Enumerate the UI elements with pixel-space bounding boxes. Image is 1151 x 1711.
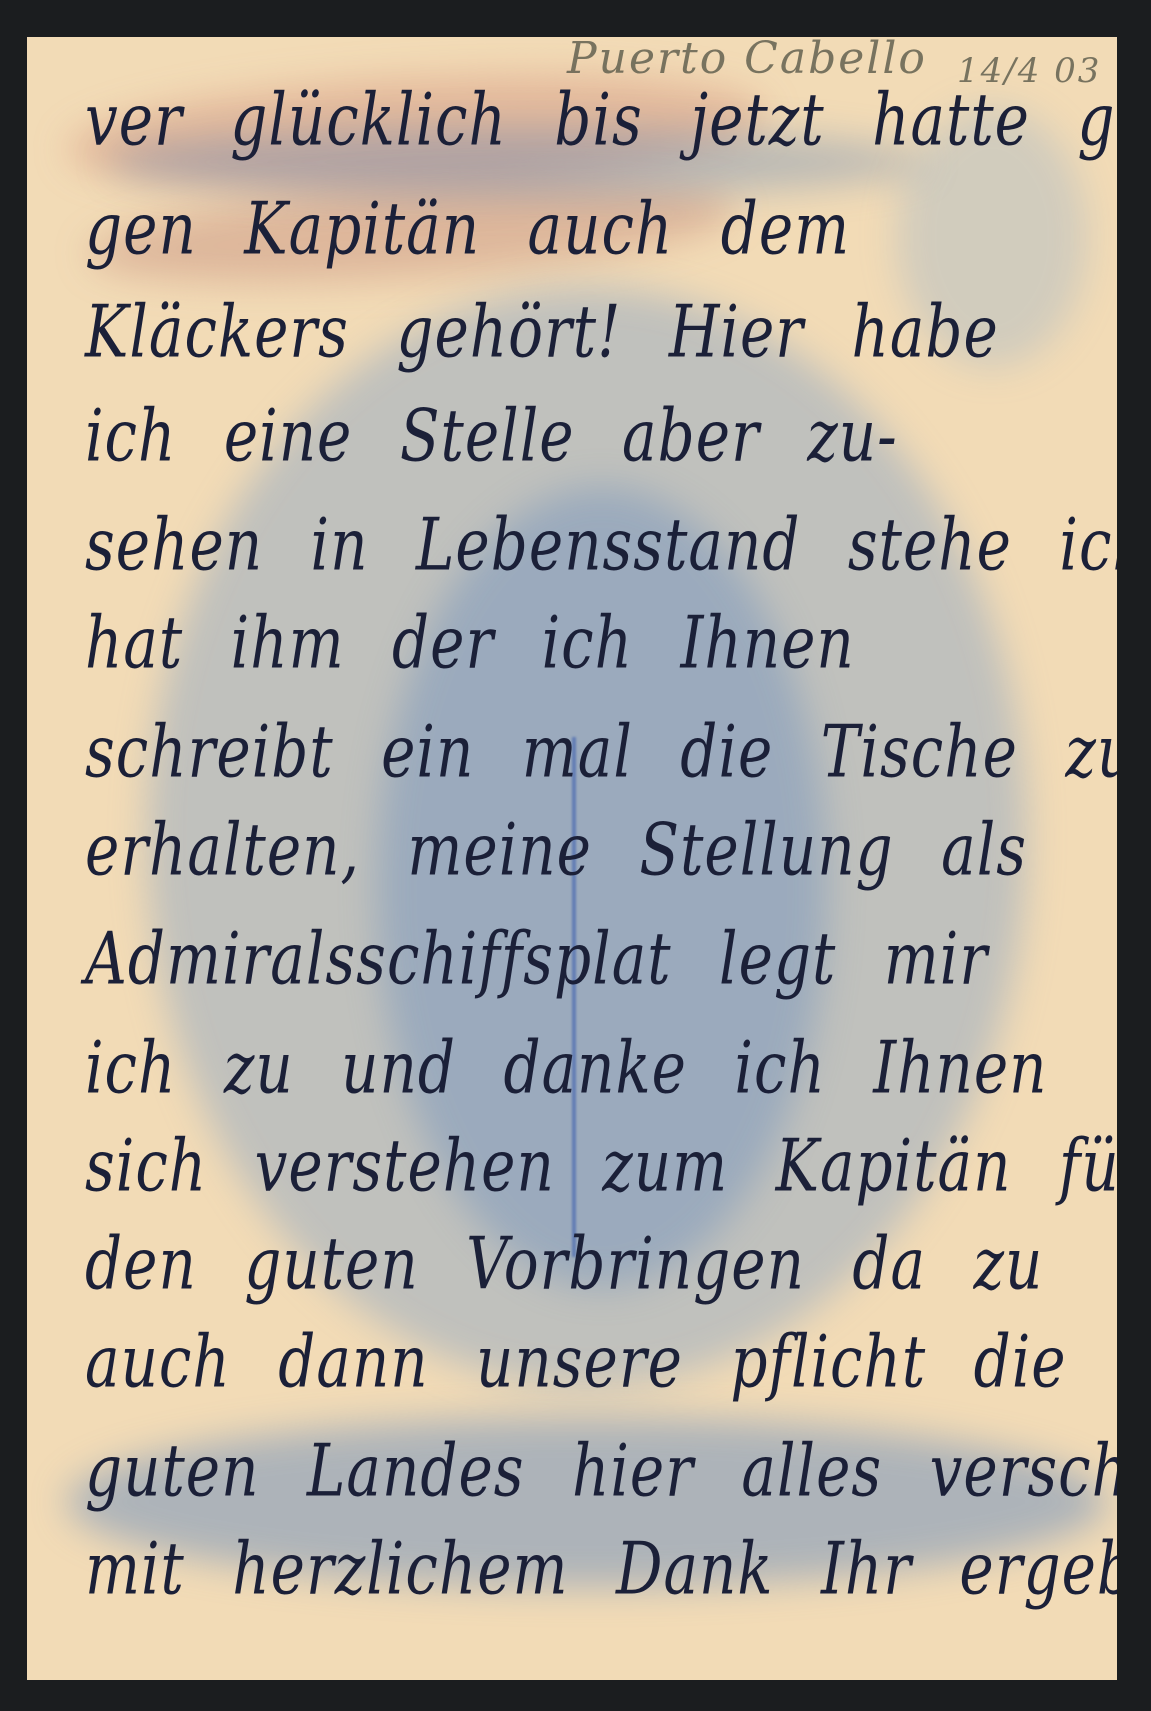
handwritten-line: erhalten, meine Stellung als — [85, 806, 1085, 894]
handwritten-line: sich verstehen zum Kapitän für — [85, 1122, 1085, 1210]
handwritten-line: Admiralsschiffsplat legt mir — [85, 915, 1085, 1003]
handwritten-line: den guten Vorbringen da zu — [85, 1220, 1085, 1308]
handwritten-line: hat ihm der ich Ihnen — [85, 599, 1085, 687]
handwritten-line: sehen in Lebensstand stehe ich — [85, 501, 1085, 589]
postcard: Puerto Cabello 14/4 03 ver glücklich bis… — [27, 37, 1117, 1680]
handwritten-line: guten Landes hier alles verschwing — [85, 1427, 1085, 1515]
handwritten-line: mit herzlichem Dank Ihr ergebener Schüle… — [85, 1525, 1085, 1613]
handwritten-line: Kläckers gehört! Hier habe — [85, 288, 1085, 376]
handwritten-line: auch dann unsere pflicht die ihm — [85, 1318, 1085, 1406]
handwritten-line: ich zu und danke ich Ihnen — [85, 1024, 1085, 1112]
handwritten-line: ver glücklich bis jetzt hatte gelan- — [85, 76, 1085, 164]
handwritten-line: schreibt ein mal die Tische zu — [85, 708, 1085, 796]
handwritten-line: gen Kapitän auch dem — [85, 185, 1085, 273]
handwritten-line: ich eine Stelle aber zu- — [85, 392, 1085, 480]
